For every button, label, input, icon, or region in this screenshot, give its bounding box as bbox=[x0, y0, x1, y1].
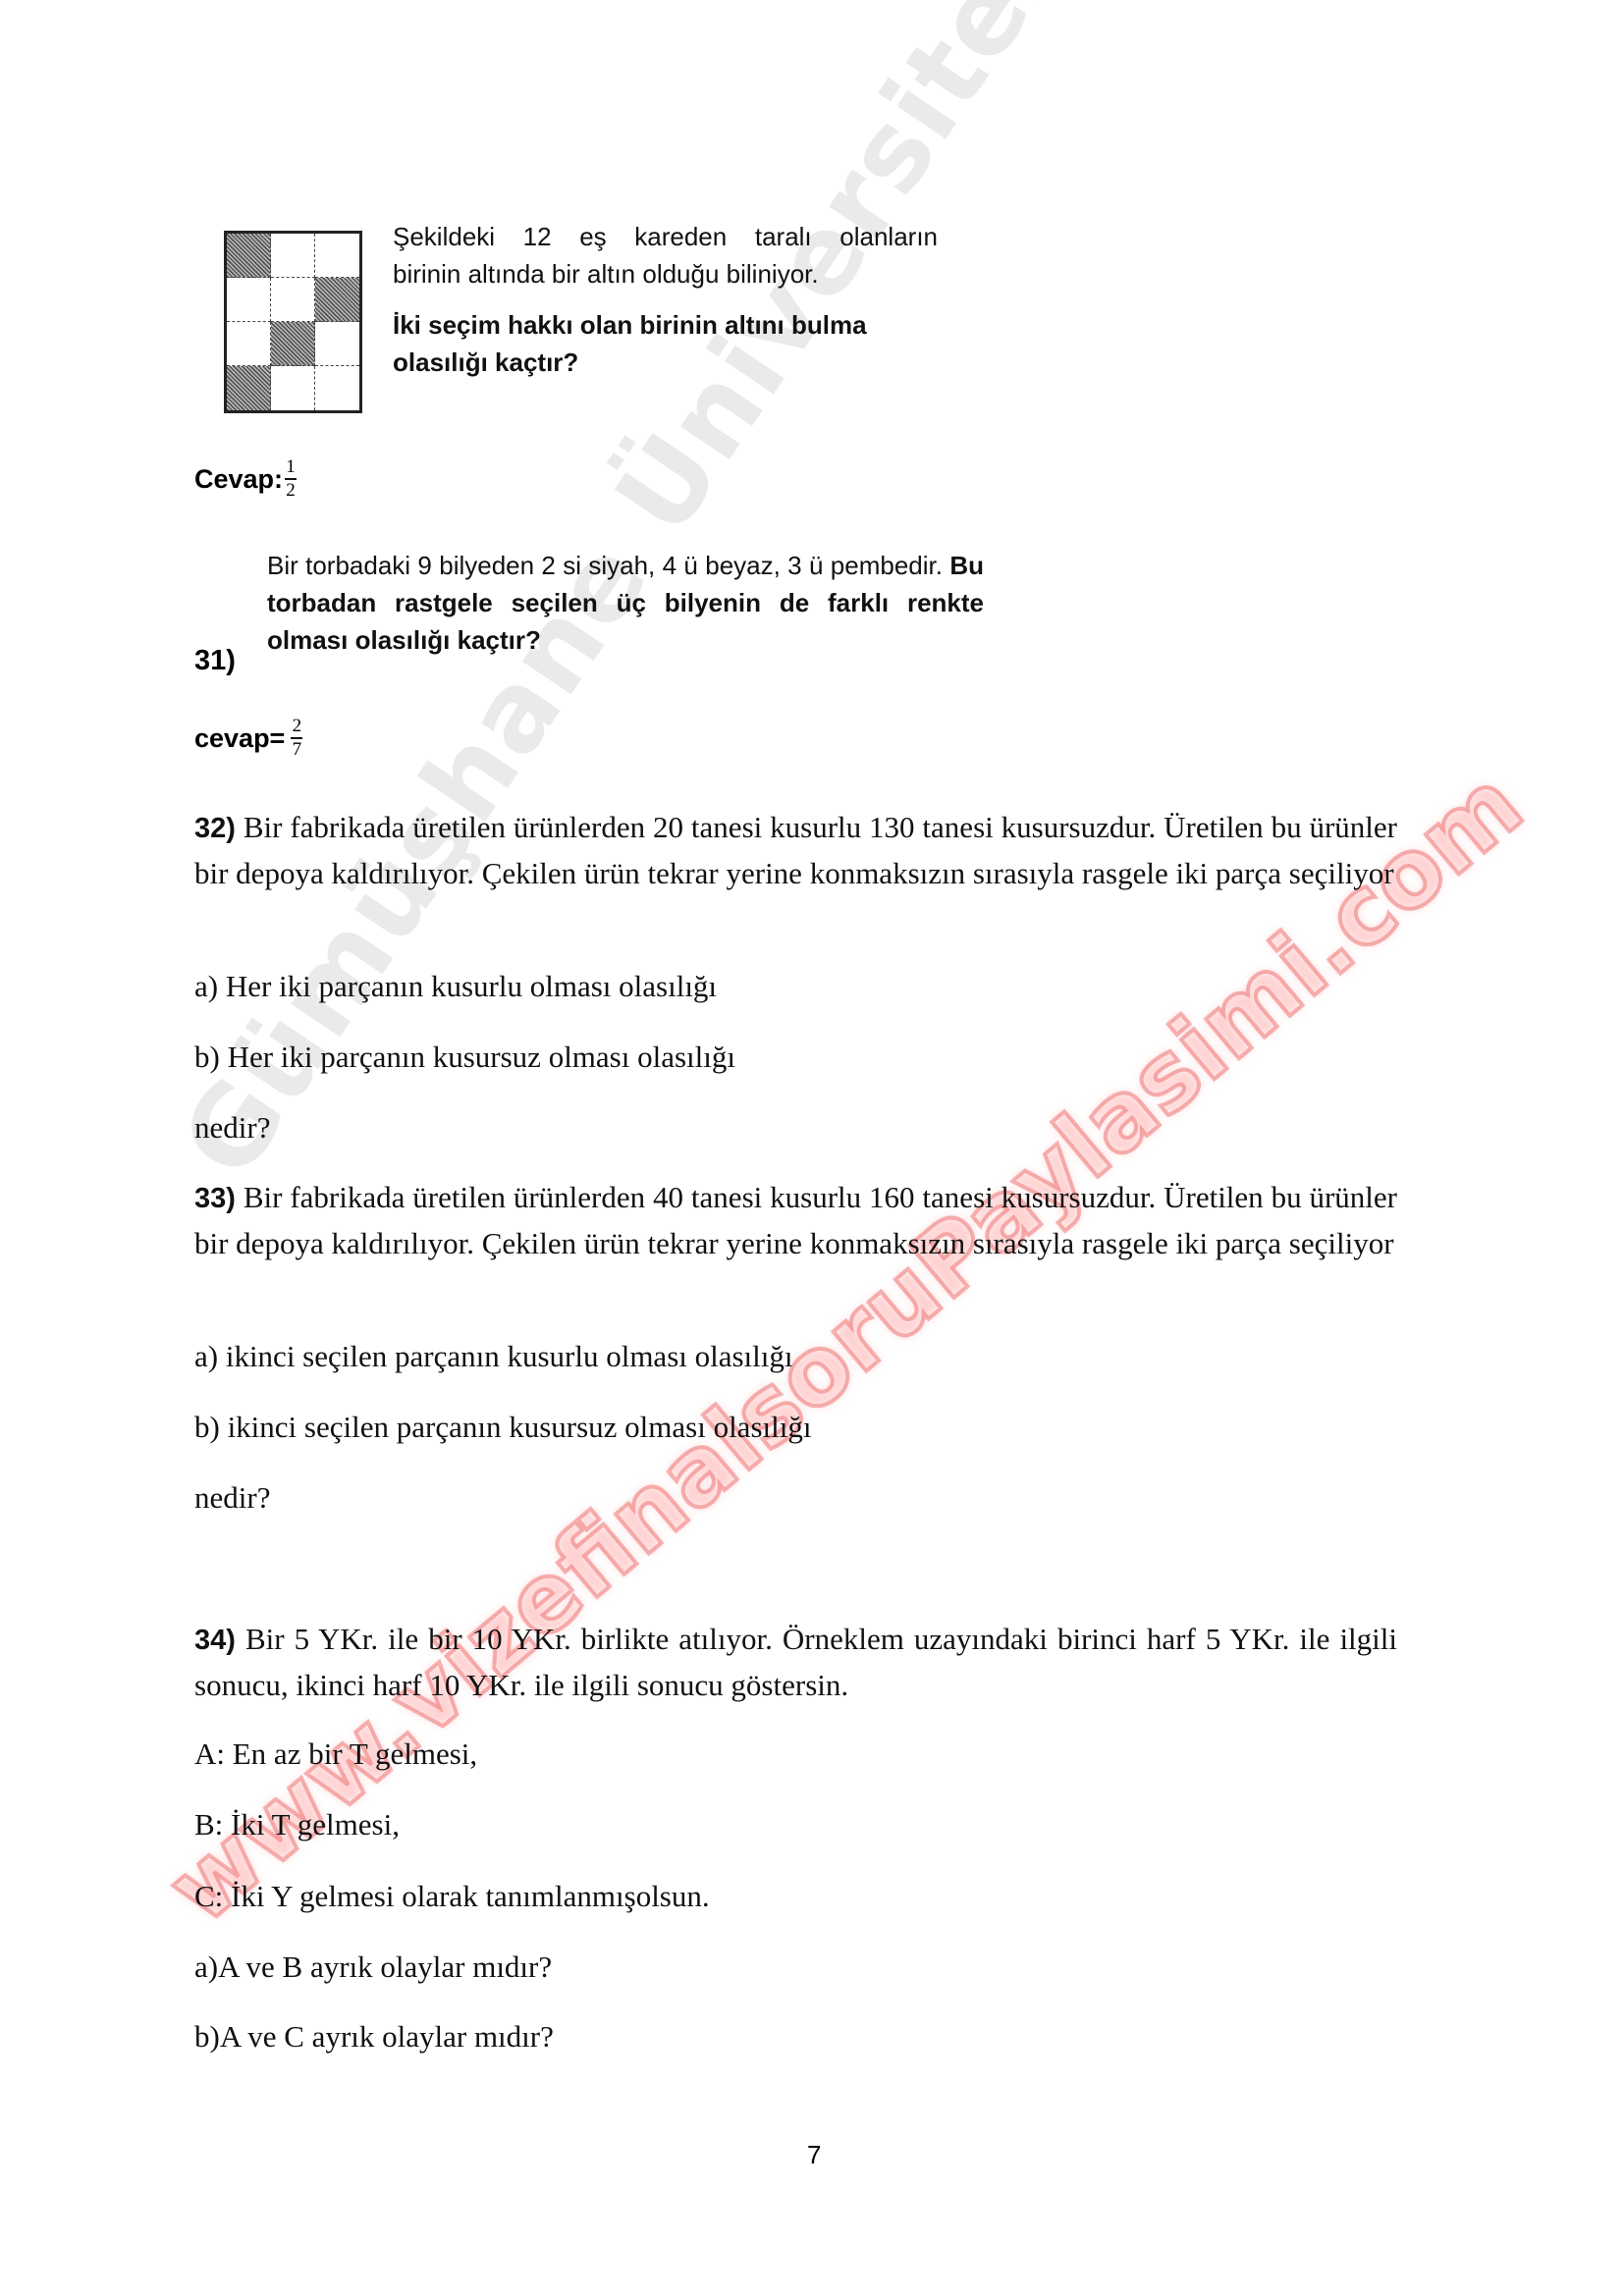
q32-number: 32) bbox=[194, 813, 236, 844]
grid-cell-shaded bbox=[227, 366, 271, 410]
q33-part-a: a) ikinci seçilen parçanın kusurlu olmas… bbox=[194, 1334, 793, 1378]
q33-part-b: b) ikinci seçilen parçanın kusursuz olma… bbox=[194, 1405, 811, 1449]
answer-fraction: 1 2 bbox=[285, 457, 297, 501]
grid-cell bbox=[227, 322, 271, 366]
grid-cell bbox=[315, 366, 359, 410]
q30-question-line1: İki seçim hakkı olan birinin altını bulm… bbox=[393, 306, 938, 344]
q33-number: 33) bbox=[194, 1183, 236, 1214]
q34-event-c: C: İki Y gelmesi olarak tanımlanmışolsun… bbox=[194, 1874, 710, 1918]
q31-number: 31) bbox=[194, 645, 236, 677]
page-number: 7 bbox=[807, 2140, 821, 2170]
question-34-text: 34) Bir 5 YKr. ile bir 10 YKr. birlikte … bbox=[194, 1617, 1397, 1707]
q32-part-b: b) Her iki parçanın kusursuz olması olas… bbox=[194, 1035, 735, 1079]
q32-closing: nedir? bbox=[194, 1105, 270, 1149]
grid-cell bbox=[315, 322, 359, 366]
q34-body: Bir 5 YKr. ile bir 10 YKr. birlikte atıl… bbox=[194, 1622, 1397, 1702]
q34-part-b: b)A ve C ayrık olaylar mıdır? bbox=[194, 2014, 554, 2058]
answer-label: Cevap: bbox=[194, 464, 283, 495]
grid-cell bbox=[227, 278, 271, 322]
shaded-grid-figure bbox=[224, 231, 362, 413]
answer-fraction: 2 7 bbox=[291, 717, 302, 760]
question-32-text: 32) Bir fabrikada üretilen ürünlerden 20… bbox=[194, 805, 1397, 895]
grid-cell bbox=[271, 234, 315, 278]
question-33-text: 33) Bir fabrikada üretilen ürünlerden 40… bbox=[194, 1175, 1397, 1265]
denominator: 2 bbox=[286, 481, 296, 501]
q33-body: Bir fabrikada üretilen ürünlerden 40 tan… bbox=[194, 1180, 1397, 1260]
question-30: Şekildeki 12 eş kareden taralı olanların… bbox=[393, 218, 938, 381]
q30-question-line2: olasılığı kaçtır? bbox=[393, 344, 938, 381]
grid-cell bbox=[271, 366, 315, 410]
answer-label: cevap= bbox=[194, 723, 285, 754]
q34-number: 34) bbox=[194, 1625, 236, 1656]
grid-cell-shaded bbox=[315, 278, 359, 322]
q34-event-b: B: İki T gelmesi, bbox=[194, 1802, 400, 1846]
q34-part-a: a)A ve B ayrık olaylar mıdır? bbox=[194, 1945, 552, 1989]
grid-cell bbox=[271, 278, 315, 322]
numerator: 1 bbox=[286, 457, 296, 477]
grid-cell-shaded bbox=[227, 234, 271, 278]
q30-intro-line1: Şekildeki 12 eş kareden taralı olanların bbox=[393, 218, 938, 255]
denominator: 7 bbox=[293, 740, 302, 760]
q33-closing: nedir? bbox=[194, 1475, 270, 1520]
q31-text-normal: Bir torbadaki 9 bilyeden 2 si siyah, 4 ü… bbox=[267, 551, 943, 580]
q34-event-a: A: En az bir T gelmesi, bbox=[194, 1732, 477, 1776]
q30-intro-line2: birinin altında bir altın olduğu biliniy… bbox=[393, 255, 938, 293]
question-31-text: Bir torbadaki 9 bilyeden 2 si siyah, 4 ü… bbox=[267, 547, 984, 659]
q30-answer: Cevap: 1 2 bbox=[194, 457, 297, 501]
q31-answer: cevap= 2 7 bbox=[194, 717, 302, 760]
grid-cell bbox=[315, 234, 359, 278]
grid-cell-shaded bbox=[271, 322, 315, 366]
q32-body: Bir fabrikada üretilen ürünlerden 20 tan… bbox=[194, 810, 1397, 890]
q32-part-a: a) Her iki parçanın kusurlu olması olası… bbox=[194, 964, 717, 1008]
numerator: 2 bbox=[293, 717, 302, 736]
